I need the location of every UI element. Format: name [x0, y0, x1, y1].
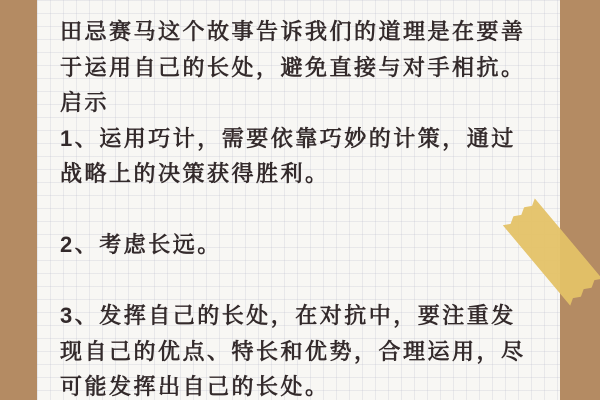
text-line: 现自己的优点、特长和优势，合理运用，尽 [60, 334, 552, 370]
grid-notebook-paper: 田忌赛马这个故事告诉我们的道理是在要善于运用自己的长处，避免直接与对手相抗。启示… [37, 0, 560, 400]
blank-line [60, 263, 552, 299]
card-text-block: 田忌赛马这个故事告诉我们的道理是在要善于运用自己的长处，避免直接与对手相抗。启示… [60, 14, 552, 400]
card-background: 田忌赛马这个故事告诉我们的道理是在要善于运用自己的长处，避免直接与对手相抗。启示… [0, 0, 600, 400]
text-line: 3、发挥自己的长处，在对抗中，要注重发 [60, 298, 552, 334]
text-line: 2、考虑长远。 [60, 227, 552, 263]
blank-line [60, 192, 552, 228]
text-line: 可能发挥出自己的长处。 [60, 369, 552, 400]
text-line: 田忌赛马这个故事告诉我们的道理是在要善 [60, 14, 552, 50]
text-line: 启示 [60, 85, 552, 121]
text-line: 1、运用巧计，需要依靠巧妙的计策，通过 [60, 121, 552, 157]
text-line: 于运用自己的长处，避免直接与对手相抗。 [60, 50, 552, 86]
text-line: 战略上的决策获得胜利。 [60, 156, 552, 192]
